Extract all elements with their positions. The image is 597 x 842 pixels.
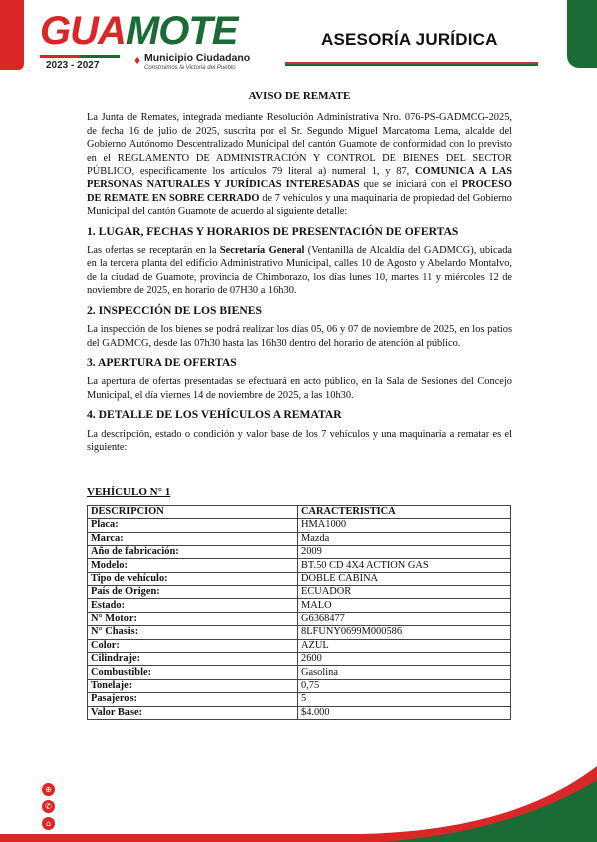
row-label: Marca: xyxy=(88,532,298,545)
row-label: Color: xyxy=(88,639,298,652)
table-row: Tonelaje: 0,75 xyxy=(88,679,511,692)
guamote-logo: GUAMOTE 2023 - 2027 ♦ Municipio Ciudadan… xyxy=(40,10,290,74)
row-value: 2600 xyxy=(298,653,511,666)
section-heading: 4. DETALLE DE LOS VEHÍCULOS A REMATAR xyxy=(87,408,512,421)
header-right-accent xyxy=(567,0,597,68)
intro-paragraph: La Junta de Remates, integrada mediante … xyxy=(87,111,512,218)
section-heading: 3. APERTURA DE OFERTAS xyxy=(87,356,512,369)
logo-tagline: Construimos la Victoria del Pueblo xyxy=(144,65,236,71)
row-label: Combustible: xyxy=(88,666,298,679)
row-value: Gasolina xyxy=(298,666,511,679)
section-paragraph: La inspección de los bienes se podrá rea… xyxy=(87,323,512,350)
flame-icon: ♦ xyxy=(134,54,140,66)
row-value: 8LFUNY0699M000586 xyxy=(298,626,511,639)
row-label: País de Origen: xyxy=(88,586,298,599)
table-row: Placa:HMA1000 xyxy=(88,519,511,532)
table-row: Estado:MALO xyxy=(88,599,511,612)
row-label: Placa: xyxy=(88,519,298,532)
row-label: Modelo: xyxy=(88,559,298,572)
table-row: Año de fabricación:2009 xyxy=(88,545,511,558)
section-heading: 2. INSPECCIÓN DE LOS BIENES xyxy=(87,304,512,317)
logo-subtitle: Municipio Ciudadano xyxy=(144,52,250,64)
table-row: Color:AZUL xyxy=(88,639,511,652)
section-heading: 1. LUGAR, FECHAS Y HORARIOS DE PRESENTAC… xyxy=(87,225,512,238)
table-row: País de Origen:ECUADOR xyxy=(88,586,511,599)
department-title: ASESORÍA JURÍDICA xyxy=(321,30,498,50)
row-value: AZUL xyxy=(298,639,511,652)
row-value: HMA1000 xyxy=(298,519,511,532)
row-label: Tipo de vehículo: xyxy=(88,572,298,585)
table-row: Modelo:BT.50 CD 4X4 ACTION GAS xyxy=(88,559,511,572)
footer-wave xyxy=(0,760,597,842)
row-value: $4.000 xyxy=(298,706,511,719)
row-value: DOBLE CABINA xyxy=(298,572,511,585)
row-value: CARACTERISTICA xyxy=(298,505,511,518)
header-left-accent xyxy=(0,0,24,70)
row-value: MALO xyxy=(298,599,511,612)
row-label: Tonelaje: xyxy=(88,679,298,692)
table-row: Pasajeros: 5 xyxy=(88,693,511,706)
logo-underline xyxy=(40,55,120,58)
logo-wordmark: GUAMOTE xyxy=(40,10,237,52)
row-label: N° Chasis: xyxy=(88,626,298,639)
logo-word-red: GUA xyxy=(40,9,126,53)
table-row: Tipo de vehículo:DOBLE CABINA xyxy=(88,572,511,585)
logo-years: 2023 - 2027 xyxy=(46,60,99,71)
row-label: DESCRIPCION xyxy=(88,505,298,518)
section-paragraph: La apertura de ofertas presentadas se ef… xyxy=(87,375,512,402)
table-header-row: DESCRIPCIONCARACTERISTICA xyxy=(88,505,511,518)
row-label: Año de fabricación: xyxy=(88,545,298,558)
row-value: 5 xyxy=(298,693,511,706)
intro-text-2: que se iniciará con el xyxy=(360,179,462,190)
row-value: BT.50 CD 4X4 ACTION GAS xyxy=(298,559,511,572)
table-row: Cilindraje:2600 xyxy=(88,653,511,666)
row-label: N° Motor: xyxy=(88,612,298,625)
section-bold: Secretaría General xyxy=(220,245,305,256)
table-row: Combustible:Gasolina xyxy=(88,666,511,679)
table-row: N° Motor:G6368477 xyxy=(88,612,511,625)
document-body: AVISO DE REMATE La Junta de Remates, int… xyxy=(87,90,512,720)
table-row: Valor Base:$4.000 xyxy=(88,706,511,719)
row-label: Cilindraje: xyxy=(88,653,298,666)
section-text: Las ofertas se receptarán en la xyxy=(87,245,220,256)
section-paragraph: La descripción, estado o condición y val… xyxy=(87,428,512,455)
header-divider xyxy=(285,62,538,66)
row-value: ECUADOR xyxy=(298,586,511,599)
section-paragraph: Las ofertas se receptarán en la Secretar… xyxy=(87,244,512,298)
row-label: Pasajeros: xyxy=(88,693,298,706)
row-label: Valor Base: xyxy=(88,706,298,719)
vehicle-title: VEHÍCULO N° 1 xyxy=(87,486,512,499)
row-label: Estado: xyxy=(88,599,298,612)
row-value: 2009 xyxy=(298,545,511,558)
table-row: Marca:Mazda xyxy=(88,532,511,545)
vehicle-table: DESCRIPCIONCARACTERISTICAPlaca:HMA1000Ma… xyxy=(87,505,511,720)
row-value: 0,75 xyxy=(298,679,511,692)
logo-word-green: MOTE xyxy=(126,9,238,53)
row-value: Mazda xyxy=(298,532,511,545)
table-row: N° Chasis: 8LFUNY0699M000586 xyxy=(88,626,511,639)
document-title: AVISO DE REMATE xyxy=(87,90,512,103)
row-value: G6368477 xyxy=(298,612,511,625)
